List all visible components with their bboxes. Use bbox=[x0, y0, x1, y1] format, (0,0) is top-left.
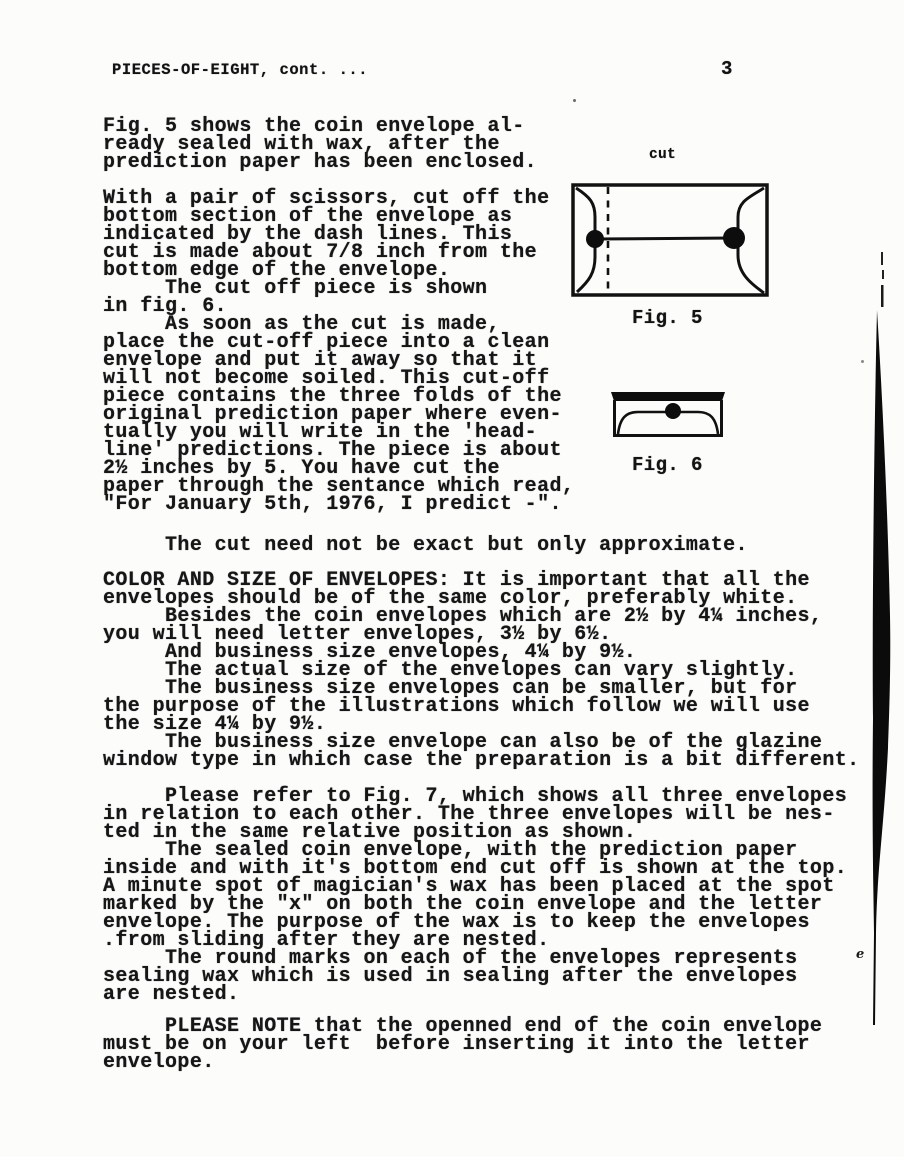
scanned-document-page: PIECES-OF-EIGHT, cont. ... 3 Fig. 5 show… bbox=[0, 0, 904, 1157]
scan-edge-artifact bbox=[855, 248, 904, 1038]
paragraph-color-and-size: COLOR AND SIZE OF ENVELOPES: It is impor… bbox=[103, 572, 860, 770]
scan-edge-dash bbox=[882, 270, 884, 279]
fig6-top-bar bbox=[611, 392, 725, 401]
page-title: PIECES-OF-EIGHT, cont. ... bbox=[112, 61, 368, 79]
fig5-seal-connector-line bbox=[595, 238, 734, 239]
page-number: 3 bbox=[721, 59, 732, 79]
fig5-right-wax-dot bbox=[723, 227, 745, 249]
paragraph-approximate-note: The cut need not be exact but only appro… bbox=[103, 537, 748, 555]
paragraph-intro-and-cut-instructions: Fig. 5 shows the coin envelope al- ready… bbox=[103, 118, 574, 514]
fig5-envelope-drawing bbox=[569, 181, 771, 300]
fig6-caption: Fig. 6 bbox=[632, 455, 703, 475]
fig5-cut-label: cut bbox=[649, 147, 676, 163]
scan-edge-streak bbox=[873, 310, 891, 1025]
scan-edge-mark-glyph: e bbox=[856, 948, 864, 962]
scan-edge-dash bbox=[881, 252, 883, 265]
paragraph-fig7-nesting: Please refer to Fig. 7, which shows all … bbox=[103, 788, 847, 1004]
scan-speck bbox=[573, 99, 576, 102]
scan-edge-dash bbox=[881, 285, 884, 307]
fig5-left-wax-dot bbox=[586, 230, 604, 248]
paragraph-please-note: PLEASE NOTE that the openned end of the … bbox=[103, 1018, 822, 1072]
fig6-cutoff-piece-drawing bbox=[611, 390, 725, 440]
scan-speck bbox=[861, 360, 864, 363]
fig5-caption: Fig. 5 bbox=[632, 308, 703, 328]
fig6-wax-dot bbox=[665, 403, 681, 419]
